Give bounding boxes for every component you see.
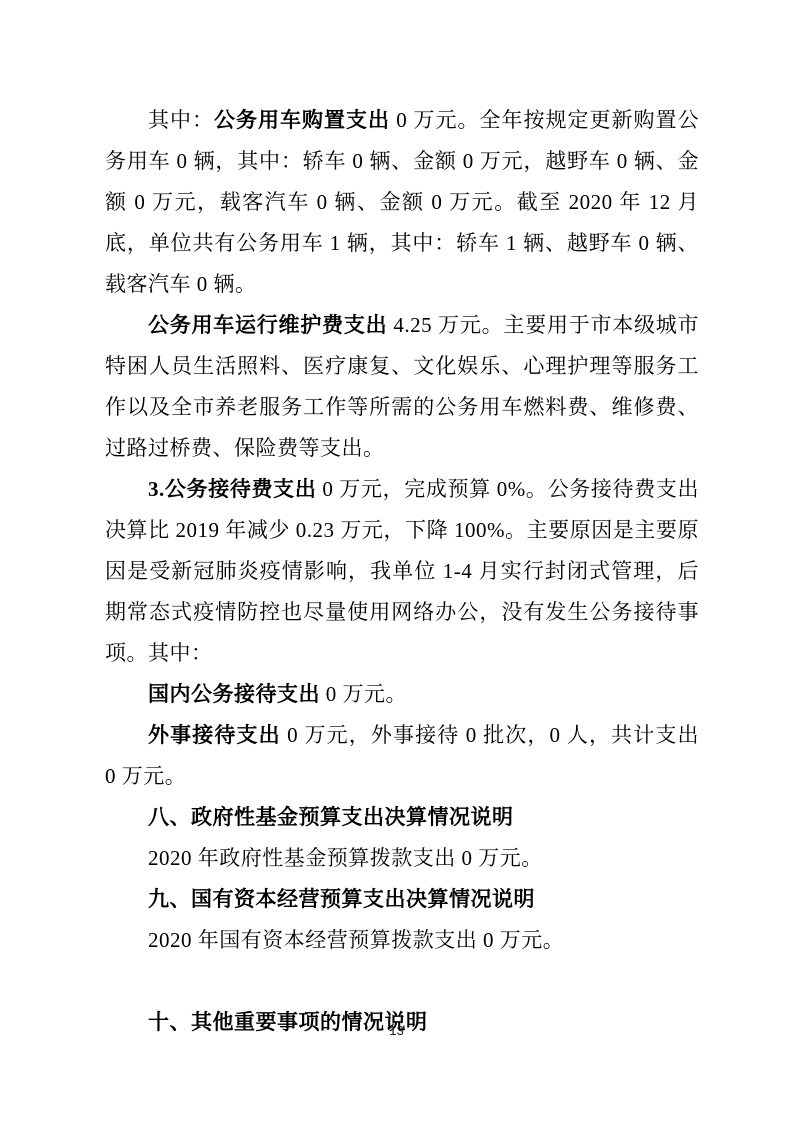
document-page: 其中：公务用车购置支出 0 万元。全年按规定更新购置公务用车 0 辆，其中：轿车… [0,0,793,1122]
paragraph-official-reception: 3.公务接待费支出 0 万元，完成预算 0%。公务接待费支出决算比 2019 年… [105,469,699,674]
heading-section-9-state-capital: 九、国有资本经营预算支出决算情况说明 [105,879,699,920]
text-run: 其中： [148,108,214,132]
heading-section-8-government-fund: 八、政府性基金预算支出决算情况说明 [105,797,699,838]
text-run-bold: 外事接待支出 [148,723,281,747]
text-run-bold: 公务用车购置支出 [214,108,390,132]
paragraph-vehicle-purchase: 其中：公务用车购置支出 0 万元。全年按规定更新购置公务用车 0 辆，其中：轿车… [105,100,699,305]
text-run-bold: 国内公务接待支出 [148,682,320,706]
page-number: 13 [0,1023,793,1038]
paragraph-section-8: 2020 年政府性基金预算拨款支出 0 万元。 [105,838,699,879]
paragraph-section-9: 2020 年国有资本经营预算拨款支出 0 万元。 [105,920,699,961]
text-run: 0 万元。 [320,682,407,706]
text-run: 0 万元。全年按规定更新购置公务用车 0 辆，其中：轿车 0 辆、金额 0 万元… [105,108,699,296]
blank-line-spacer [105,961,699,1002]
text-run-bold: 公务用车运行维护费支出 [148,313,387,337]
paragraph-vehicle-maintenance: 公务用车运行维护费支出 4.25 万元。主要用于市本级城市特困人员生活照料、医疗… [105,305,699,469]
paragraph-domestic-reception: 国内公务接待支出 0 万元。 [105,674,699,715]
text-run-bold: 3.公务接待费支出 [148,477,316,501]
paragraph-foreign-reception: 外事接待支出 0 万元，外事接待 0 批次，0 人，共计支出 0 万元。 [105,715,699,797]
document-body: 其中：公务用车购置支出 0 万元。全年按规定更新购置公务用车 0 辆，其中：轿车… [105,100,699,1043]
text-run: 0 万元，完成预算 0%。公务接待费支出决算比 2019 年减少 0.23 万元… [105,477,699,665]
